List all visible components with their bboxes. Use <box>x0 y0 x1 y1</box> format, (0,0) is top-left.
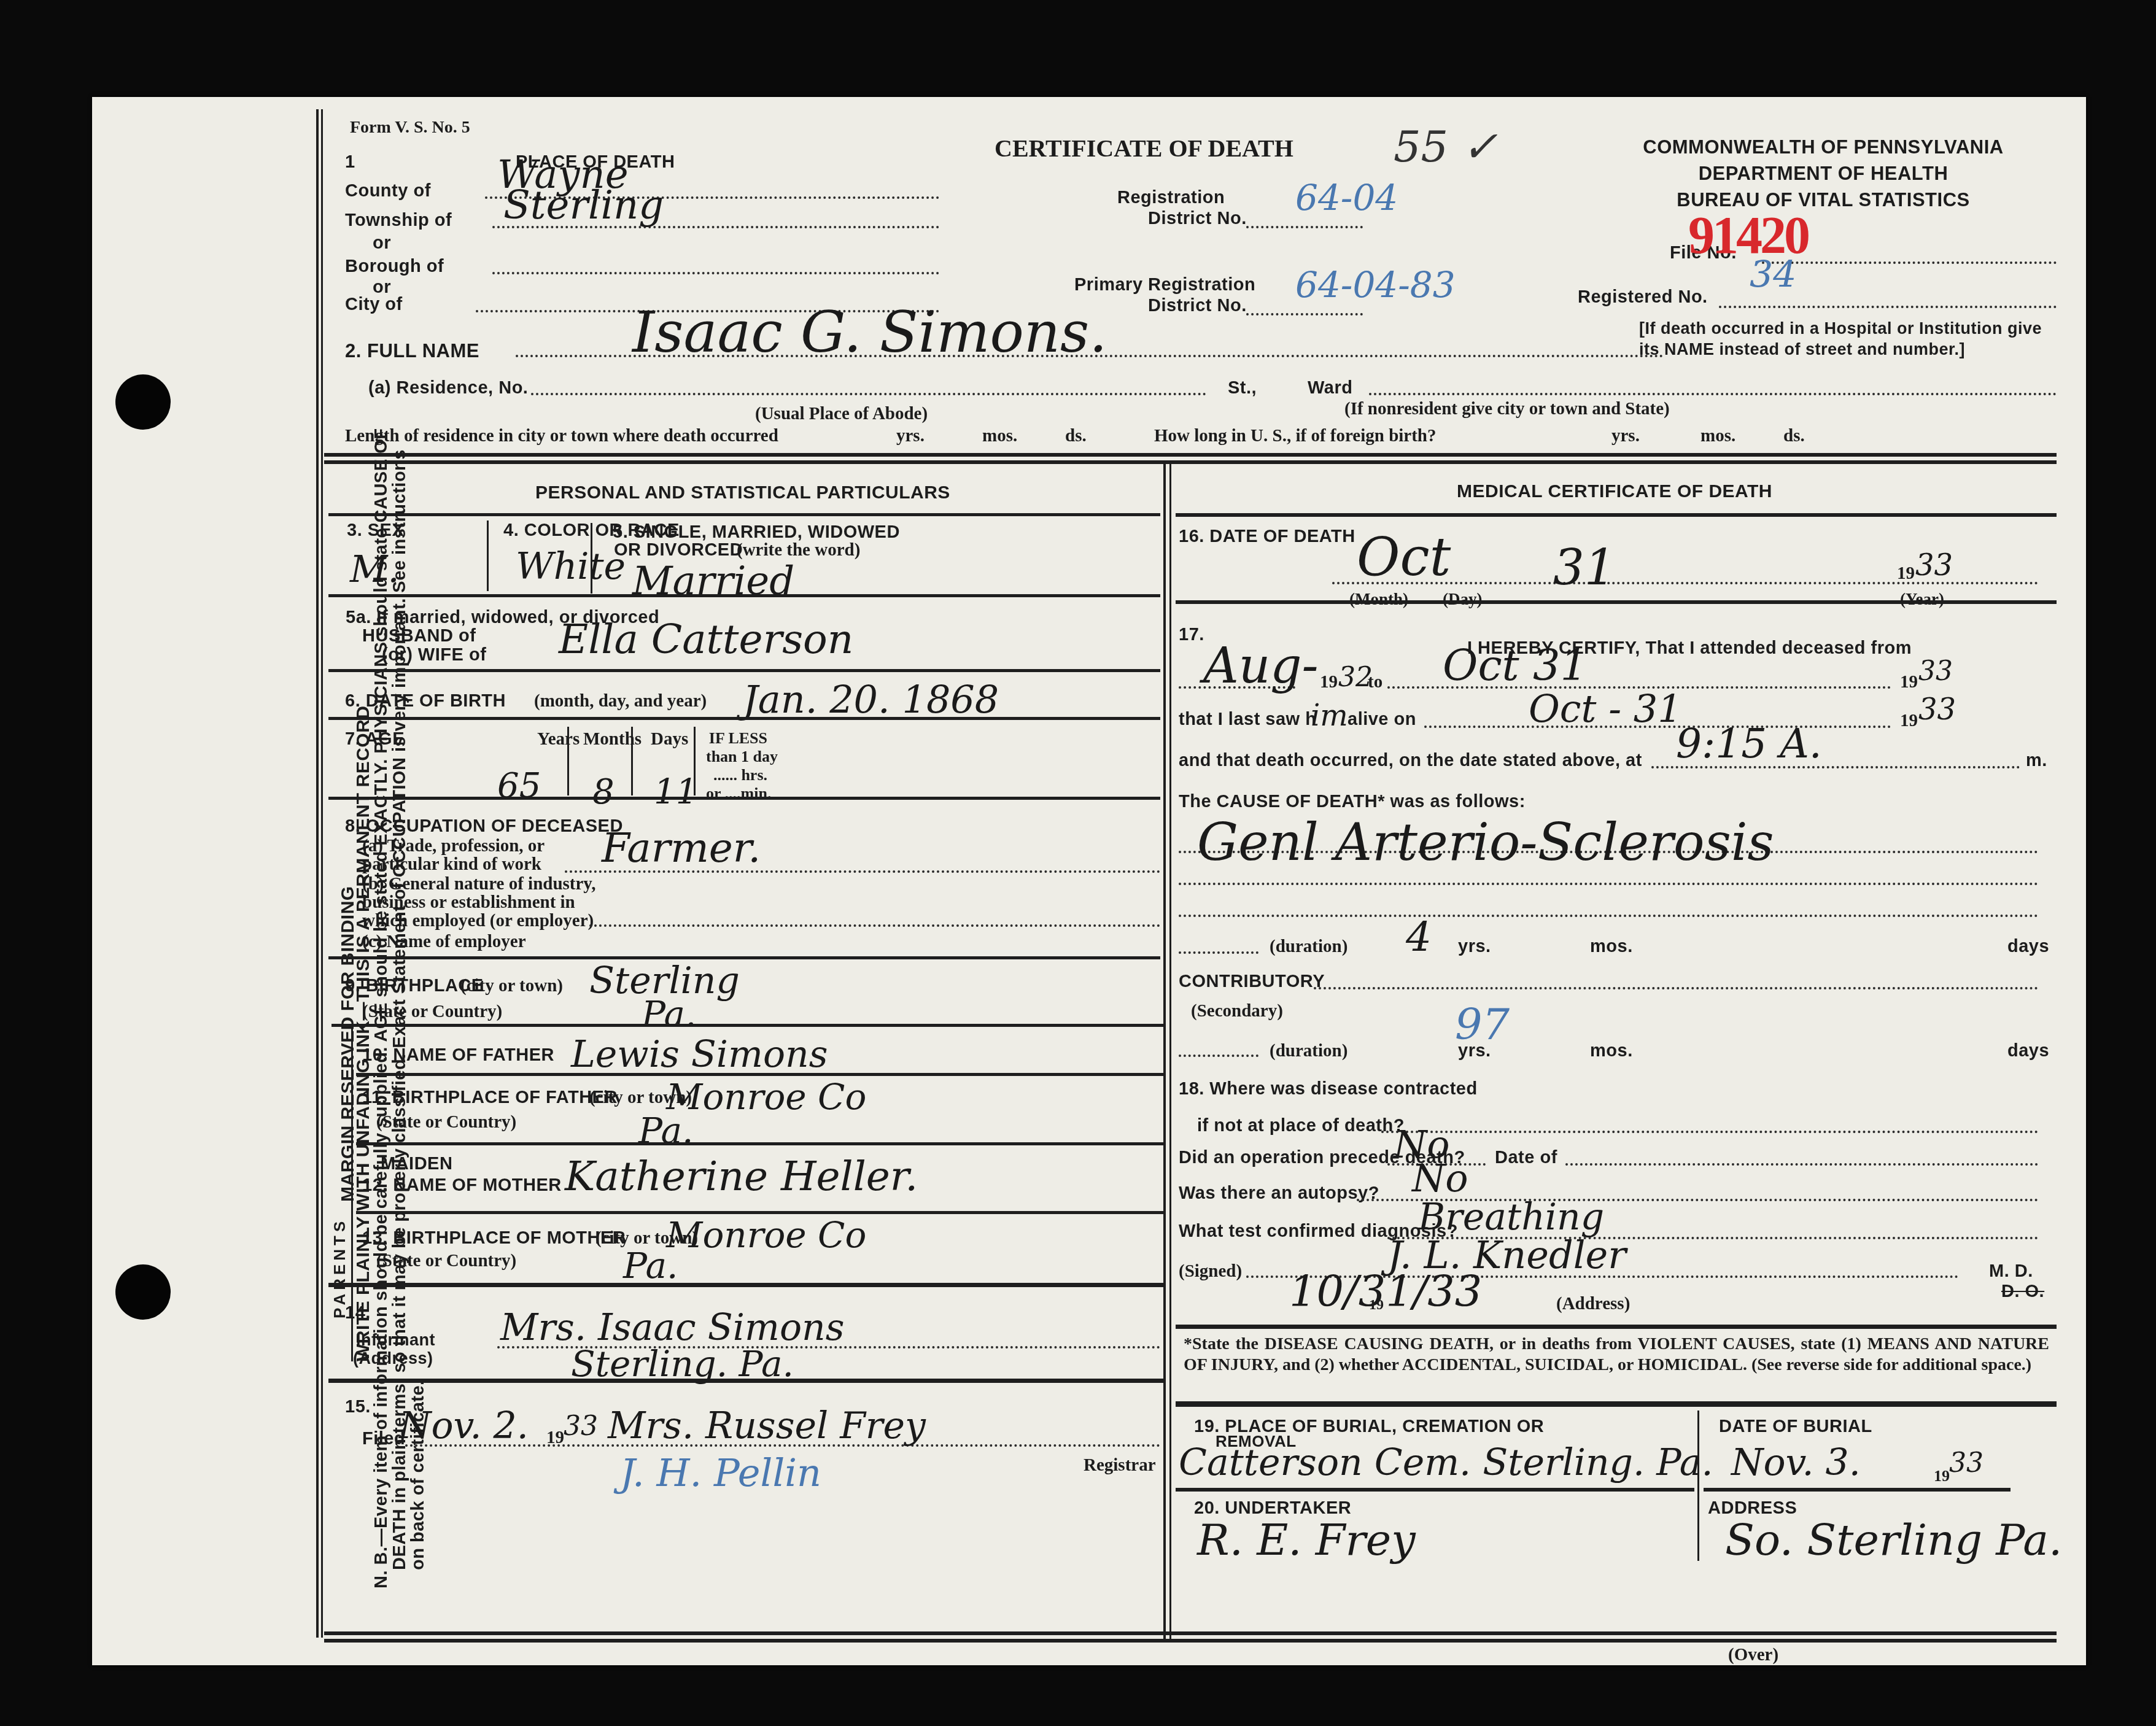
mother-birthplace-state-hint: (State or Country) <box>376 1251 516 1271</box>
rule-after-father-birthplace <box>356 1142 1163 1145</box>
occupation-c: (c) Name of employer <box>362 932 526 952</box>
birthplace-state[interactable]: Pa. <box>642 993 696 1035</box>
header-divider-1 <box>324 453 2057 457</box>
margin-line-2: WRITE PLAINLY WITH UNFADING INK—THIS IS … <box>353 706 374 1361</box>
over-label: (Over) <box>1728 1645 1778 1665</box>
registered-no-label: Registered No. <box>1578 287 1708 308</box>
occupation-b-2: business or establishment in <box>362 892 575 913</box>
death-day[interactable]: 31 <box>1553 539 1616 596</box>
maiden-label: MAIDEN <box>381 1154 452 1174</box>
or-label-1: or <box>373 233 391 253</box>
rule-after-dob <box>328 717 1160 720</box>
father-birthplace-label: 11. BIRTHPLACE OF FATHER <box>362 1088 618 1108</box>
form-left-border <box>316 109 319 1638</box>
rule-after-informant <box>328 1379 1163 1383</box>
death-certificate: MARGIN RESERVED FOR BINDING WRITE PLAINL… <box>92 97 2086 1665</box>
nonresident-note: (If nonresident give city or town and St… <box>1344 399 1670 419</box>
rule-after-occupation <box>328 956 1160 959</box>
attended-from[interactable]: Aug- <box>1203 637 1319 694</box>
signed-date[interactable]: 10/31/33 <box>1289 1266 1482 1317</box>
rule-after-burial-right <box>1704 1488 2011 1492</box>
certificate-title: CERTIFICATE OF DEATH <box>995 134 1293 163</box>
death-month[interactable]: Oct <box>1357 527 1451 588</box>
age-divider-2 <box>631 727 633 795</box>
age-years-value[interactable]: 65 <box>497 766 541 806</box>
filed-year-prefix: 19 <box>546 1428 564 1448</box>
death-time[interactable]: 9:15 A. <box>1676 720 1822 767</box>
spouse-value[interactable]: Ella Catterson <box>559 616 853 663</box>
cause-footnote: *State the DISEASE CAUSING DEATH, or in … <box>1184 1334 2049 1376</box>
death-occurred-label: and that death occurred, on the date sta… <box>1179 751 1642 771</box>
city-label: City of <box>345 295 403 315</box>
cause-line-3 <box>1179 915 2038 917</box>
father-birthplace-state-hint: (State or Country) <box>376 1112 516 1132</box>
q18-label: 18. Where was disease contracted <box>1179 1079 1478 1099</box>
contributory-label: CONTRIBUTORY <box>1179 972 1325 992</box>
informant-number: 14. <box>345 1303 371 1323</box>
occupation-a-1: (a) Trade, profession, or <box>362 836 545 856</box>
file-no-line <box>1762 261 2057 264</box>
duration-label-1: (duration) <box>1270 937 1347 957</box>
q18-sub-label: if not at place of death? <box>1197 1116 1405 1136</box>
signed-label: (Signed) <box>1179 1261 1242 1282</box>
rule-after-spouse <box>328 669 1160 672</box>
race-value[interactable]: White <box>516 545 626 588</box>
authority-line-2: DEPARTMENT OF HEALTH <box>1590 160 2057 187</box>
dob-label: 6. DATE OF BIRTH <box>345 691 506 711</box>
age-days-value[interactable]: 11 <box>654 772 697 812</box>
filed-by[interactable]: Mrs. Russel Frey <box>608 1404 926 1447</box>
full-name-value[interactable]: Isaac G. Simons. <box>632 300 1107 365</box>
sex-divider <box>487 521 489 591</box>
borough-line <box>492 272 939 274</box>
if-less-line-1: IF LESS <box>706 729 767 748</box>
registrar-signature: J. H. Pellin <box>620 1450 821 1495</box>
binding-hole-top <box>115 374 171 430</box>
burial-date[interactable]: Nov. 3. <box>1731 1441 1861 1484</box>
cause-line-2 <box>1179 883 2038 885</box>
occupation-b-3: which employed (or employer) <box>362 911 594 931</box>
alive-on-label: alive on <box>1347 710 1416 730</box>
burial-year-prefix: 19 <box>1934 1467 1950 1485</box>
rule-medical-top <box>1176 513 2057 517</box>
ward-line <box>1369 393 2057 395</box>
duration-mos-1: mos. <box>1590 937 1633 957</box>
mother-label: 12. NAME OF MOTHER <box>362 1175 562 1196</box>
dob-value[interactable]: Jan. 20. 1868 <box>743 677 999 722</box>
column-divider <box>1163 464 1166 1639</box>
residence-length-label: Length of residence in city or town wher… <box>345 426 778 446</box>
age-divider-1 <box>567 727 569 795</box>
death-year[interactable]: 33 <box>1915 548 1953 582</box>
rule-after-sex <box>328 594 1160 597</box>
item-17-number: 17. <box>1179 625 1204 645</box>
year-hint: (Year) <box>1900 590 1944 609</box>
handwritten-mark: 55 ✓ <box>1394 122 1498 172</box>
q18-line <box>1381 1131 2038 1133</box>
informant-address-label: (Address) <box>353 1349 433 1368</box>
registration-district-label: District No. <box>1148 209 1247 229</box>
column-divider-inner <box>1169 464 1171 1639</box>
to-label: to <box>1368 672 1382 692</box>
operation-date-line <box>1565 1163 2038 1166</box>
residence-label: (a) Residence, No. <box>368 378 528 398</box>
if-less-line-4: or ....min. <box>706 784 767 803</box>
registrar-label: Registrar <box>1084 1455 1156 1476</box>
last-saw-pronoun[interactable]: im <box>1311 699 1348 733</box>
race-divider <box>591 523 592 594</box>
footer-divider-1 <box>324 1631 2057 1635</box>
issuing-authority: COMMONWEALTH OF PENNSYLVANIA DEPARTMENT … <box>1590 134 2057 213</box>
dob-hint: (month, day, and year) <box>534 691 707 711</box>
md-label: M. D. <box>1989 1261 2033 1282</box>
foreign-mos: mos. <box>1700 426 1735 446</box>
registration-district-no: 64-04 <box>1295 177 1398 219</box>
marital-hint: (write the word) <box>737 540 860 560</box>
borough-label: Borough of <box>345 257 444 277</box>
duration-days-1: days <box>2007 937 2049 957</box>
township-value[interactable]: Sterling <box>503 183 664 228</box>
attended-to-year[interactable]: 33 <box>1918 656 1953 687</box>
duration-label-2: (duration) <box>1270 1041 1347 1061</box>
registered-no-line <box>1719 306 2057 308</box>
date-of-label: Date of <box>1495 1148 1557 1168</box>
birthplace-city-hint: (city or town) <box>460 976 563 996</box>
registration-district-line <box>1246 226 1363 228</box>
m-label: m. <box>2026 751 2047 771</box>
street-label: St., <box>1228 378 1257 398</box>
primary-district-label: District No. <box>1148 296 1247 316</box>
rule-after-age <box>328 797 1160 800</box>
medical-heading: MEDICAL CERTIFICATE OF DEATH <box>1173 481 2057 502</box>
primary-registration-district-no: 64-04-83 <box>1295 264 1456 306</box>
item-1-number: 1 <box>345 152 355 172</box>
residence-line <box>531 393 1206 395</box>
last-saw-year-prefix: 19 <box>1900 711 1918 731</box>
burial-year[interactable]: 33 <box>1949 1447 1983 1479</box>
cause-of-death[interactable]: Genl Arterio-Sclerosis <box>1197 812 1774 872</box>
mother-birthplace-label: 13. BIRTHPLACE OF MOTHER <box>362 1228 626 1248</box>
rule-personal-top <box>328 513 1160 516</box>
rule-after-birthplace <box>332 1024 1163 1027</box>
employer-line <box>589 924 1160 927</box>
last-saw-date[interactable]: Oct - 31 <box>1529 686 1682 731</box>
authority-line-3: BUREAU OF VITAL STATISTICS <box>1590 187 2057 213</box>
occupation-a-2: particular kind of work <box>362 854 541 875</box>
foreign-birth-label: How long in U. S., if of foreign birth? <box>1154 426 1436 446</box>
physician-address-label: (Address) <box>1556 1294 1630 1314</box>
occupation-label: 8. OCCUPATION OF DECEASED <box>345 816 623 837</box>
if-less-line-3: ...... hrs. <box>706 766 767 784</box>
age-divider-3 <box>694 727 696 795</box>
header-divider-2 <box>324 460 2057 464</box>
rule-after-death-date <box>1176 600 2057 604</box>
filed-number: 15. <box>345 1397 371 1417</box>
duration-yrs-1: yrs. <box>1458 937 1491 957</box>
personal-heading: PERSONAL AND STATISTICAL PARTICULARS <box>325 482 1160 503</box>
age-days-label: Days <box>651 729 688 749</box>
county-label: County of <box>345 181 431 201</box>
undertaker-address[interactable]: So. Sterling Pa. <box>1725 1515 2062 1565</box>
age-months-value[interactable]: 8 <box>592 772 615 812</box>
attended-to-year-prefix: 19 <box>1900 672 1918 692</box>
cause-duration-yrs[interactable]: 4 <box>1406 913 1432 961</box>
duration-mos-2: mos. <box>1590 1041 1633 1061</box>
form-number: Form V. S. No. 5 <box>350 118 470 137</box>
rule-after-burial-left <box>1176 1488 1694 1492</box>
form-left-border-inner <box>321 109 323 1638</box>
residence-ds: ds. <box>1065 426 1087 446</box>
secondary-label: (Secondary) <box>1191 1001 1283 1021</box>
duration-yrs-2: yrs. <box>1458 1041 1491 1061</box>
foreign-yrs: yrs. <box>1611 426 1640 446</box>
rule-before-footnote <box>1176 1325 2057 1329</box>
marital-label-2: OR DIVORCED <box>614 540 743 560</box>
mother-birthplace-city[interactable]: Monroe Co <box>666 1214 866 1256</box>
sex-label: 3. SEX <box>347 521 404 541</box>
burial-place[interactable]: Catterson Cem. Sterling. Pa. <box>1179 1441 1713 1484</box>
autopsy-value[interactable]: No <box>1412 1156 1468 1201</box>
residence-yrs: yrs. <box>896 426 925 446</box>
attended-to[interactable]: Oct 31 <box>1443 640 1588 691</box>
footer-divider-2 <box>324 1639 2057 1643</box>
father-label: 10. NAME OF FATHER <box>362 1045 554 1066</box>
autopsy-label: Was there an autopsy? <box>1179 1183 1379 1204</box>
filed-date[interactable]: Nov. 2. <box>399 1404 529 1447</box>
rule-after-footnote <box>1176 1401 2057 1407</box>
duration-line-a <box>1179 951 1258 954</box>
birthplace-state-hint: (State or Country) <box>362 1002 502 1022</box>
contributory-line <box>1314 987 2038 989</box>
age-label: 7. AGE <box>345 729 405 749</box>
do-label: D. O. <box>2001 1282 2044 1302</box>
filed-year[interactable]: 33 <box>564 1411 598 1442</box>
ward-label: Ward <box>1308 378 1352 398</box>
duration-days-2: days <box>2007 1041 2049 1061</box>
death-date-label: 16. DATE OF DEATH <box>1179 527 1355 547</box>
hospital-note: [If death occurred in a Hospital or Inst… <box>1639 318 2057 360</box>
if-less-line-2: than 1 day <box>706 748 767 766</box>
age-years-label: Years <box>537 729 580 749</box>
burial-date-label: DATE OF BURIAL <box>1719 1417 1872 1437</box>
mother-name[interactable]: Katherine Heller. <box>565 1153 918 1200</box>
mother-birthplace-state[interactable]: Pa. <box>623 1245 678 1287</box>
undertaker-name[interactable]: R. E. Frey <box>1197 1515 1416 1565</box>
full-name-label: 2. FULL NAME <box>345 340 479 362</box>
foreign-ds: ds. <box>1783 426 1805 446</box>
month-hint: (Month) <box>1349 590 1408 609</box>
primary-registration-label: Primary Registration <box>1074 275 1255 295</box>
signed-year-prefix: 19 <box>1369 1297 1384 1314</box>
abode-note: (Usual Place of Abode) <box>755 404 928 424</box>
spouse-label-3: (or) WIFE of <box>382 645 486 665</box>
rule-after-mother-birthplace <box>328 1283 1163 1287</box>
township-label: Township of <box>345 211 452 231</box>
residence-mos: mos. <box>982 426 1017 446</box>
occupation-b-1: (b) General nature of industry, <box>362 874 596 894</box>
occupation-value[interactable]: Farmer. <box>602 824 761 872</box>
cause-label: The CAUSE OF DEATH* was as follows: <box>1179 792 1526 812</box>
binding-hole-bottom <box>115 1264 171 1320</box>
authority-line-1: COMMONWEALTH OF PENNSYLVANIA <box>1590 134 2057 160</box>
day-hint: (Day) <box>1443 590 1482 609</box>
death-year-prefix: 19 <box>1897 563 1915 584</box>
age-if-less: IF LESS than 1 day ...... hrs. or ....mi… <box>706 729 767 803</box>
sex-value[interactable]: M. <box>350 548 400 591</box>
registered-no: 34 <box>1750 253 1796 296</box>
primary-district-line <box>1246 313 1363 315</box>
last-saw-year[interactable]: 33 <box>1918 692 1956 727</box>
informant-label: Informant <box>356 1331 435 1350</box>
spouse-label-2: HUSBAND of <box>362 626 476 646</box>
attended-from-year-prefix: 19 <box>1320 672 1338 692</box>
burial-divider <box>1697 1411 1699 1561</box>
last-saw-label: that I last saw h <box>1179 710 1316 730</box>
duration-line-b <box>1179 1055 1258 1057</box>
registration-label: Registration <box>1117 188 1225 208</box>
father-name[interactable]: Lewis Simons <box>571 1033 828 1076</box>
father-birthplace-city[interactable]: Monroe Co <box>666 1076 866 1118</box>
